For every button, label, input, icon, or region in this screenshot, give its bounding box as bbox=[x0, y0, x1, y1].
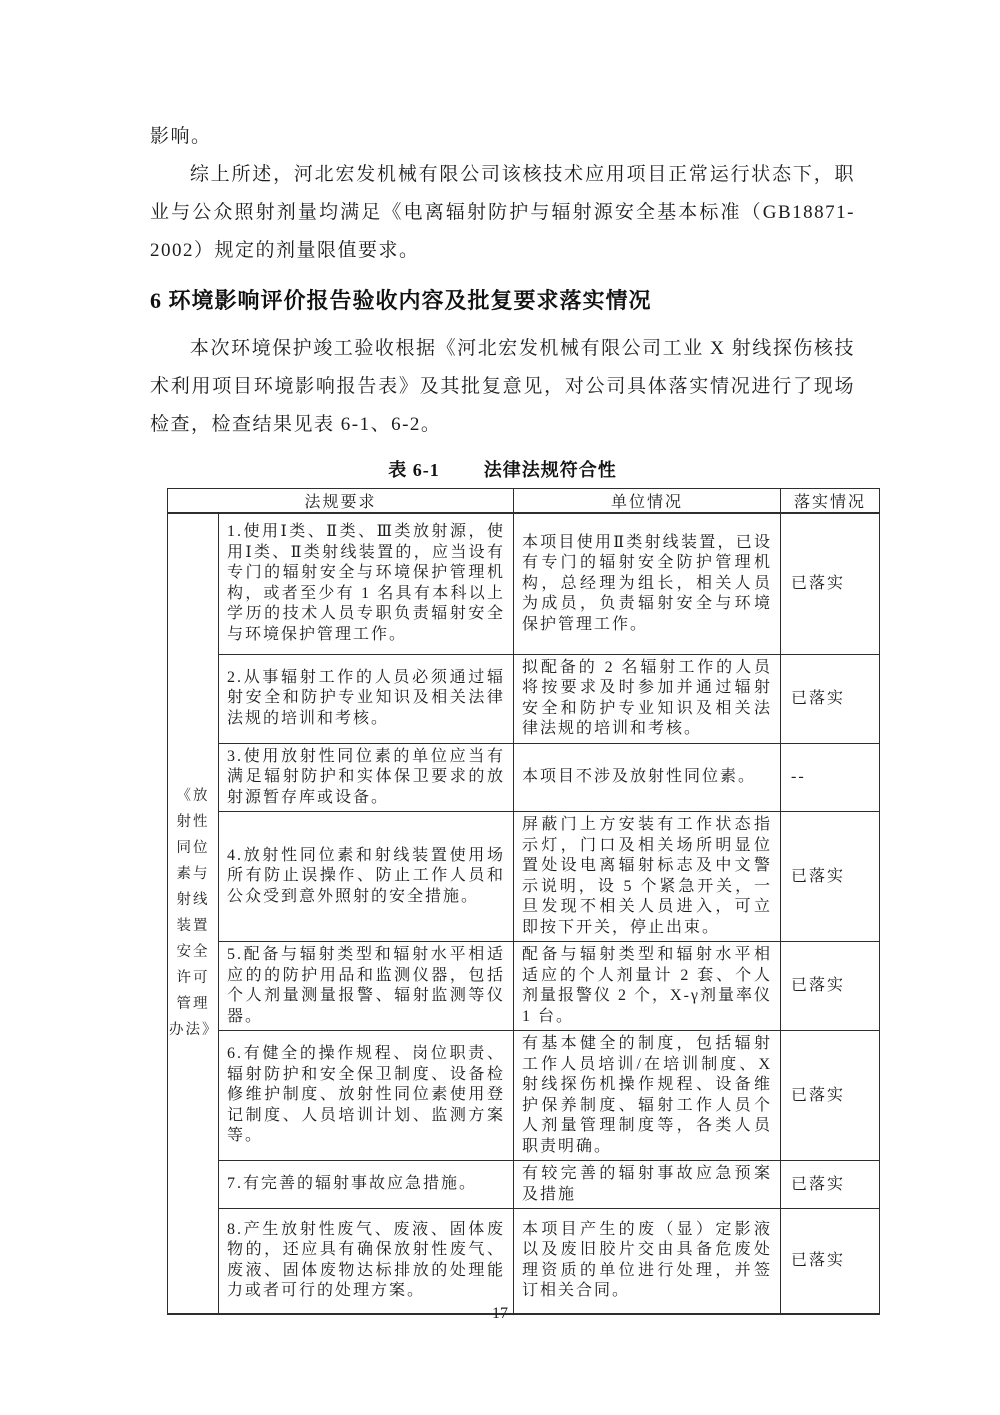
status-cell: 已落实 bbox=[781, 942, 880, 1031]
paragraph-continuation: 影响。 bbox=[150, 118, 855, 156]
table-number: 表 6-1 bbox=[388, 460, 440, 480]
compliance-table: 法规要求 单位情况 落实情况 《放射性 同位素与 射线装置 安全许可 管理办法》… bbox=[167, 488, 880, 1315]
unit-situation-cell: 本项目产生的废（显）定影液以及废旧胶片交由具备危废处理资质的单位进行处理，并签订… bbox=[514, 1209, 781, 1314]
regulation-group-cell: 《放射性 同位素与 射线装置 安全许可 管理办法》 bbox=[168, 513, 219, 1314]
requirement-cell: 6.有健全的操作规程、岗位职责、辐射防护和安全保卫制度、设备检修维护制度、放射性… bbox=[219, 1031, 514, 1161]
status-cell: 已落实 bbox=[781, 513, 880, 654]
unit-situation-cell: 配备与辐射类型和辐射水平相适应的个人剂量计 2 套、个人剂量报警仪 2 个，X-… bbox=[514, 942, 781, 1031]
column-header-status: 落实情况 bbox=[781, 489, 880, 514]
status-cell: 已落实 bbox=[781, 1031, 880, 1161]
requirement-cell: 2.从事辐射工作的人员必须通过辐射安全和防护专业知识及相关法律法规的培训和考核。 bbox=[219, 654, 514, 743]
unit-situation-cell: 本项目使用Ⅱ类射线装置，已设有专门的辐射安全防护管理机构，总经理为组长，相关人员… bbox=[514, 513, 781, 654]
requirement-cell: 4.放射性同位素和射线装置使用场所有防止误操作、防止工作人员和公众受到意外照射的… bbox=[219, 812, 514, 942]
section-heading: 6 环境影响评价报告验收内容及批复要求落实情况 bbox=[150, 286, 855, 316]
paragraph-summary: 综上所述，河北宏发机械有限公司该核技术应用项目正常运行状态下，职业与公众照射剂量… bbox=[150, 156, 855, 270]
table-row: 2.从事辐射工作的人员必须通过辐射安全和防护专业知识及相关法律法规的培训和考核。… bbox=[168, 654, 880, 743]
table-row: 5.配备与辐射类型和辐射水平相适应的的防护用品和监测仪器，包括个人剂量测量报警、… bbox=[168, 942, 880, 1031]
status-cell: 已落实 bbox=[781, 1209, 880, 1314]
requirement-cell: 5.配备与辐射类型和辐射水平相适应的的防护用品和监测仪器，包括个人剂量测量报警、… bbox=[219, 942, 514, 1031]
table-title-text: 法律法规符合性 bbox=[484, 460, 617, 480]
page-number: 17 bbox=[0, 1305, 1000, 1323]
column-header-unit: 单位情况 bbox=[514, 489, 781, 514]
status-cell: 已落实 bbox=[781, 1161, 880, 1209]
table-row: 6.有健全的操作规程、岗位职责、辐射防护和安全保卫制度、设备检修维护制度、放射性… bbox=[168, 1031, 880, 1161]
table-row: 7.有完善的辐射事故应急措施。 有较完善的辐射事故应急预案及措施 已落实 bbox=[168, 1161, 880, 1209]
unit-situation-cell: 屏蔽门上方安装有工作状态指示灯，门口及相关场所明显位置处设电离辐射标志及中文警示… bbox=[514, 812, 781, 942]
unit-situation-cell: 有基本健全的制度，包括辐射工作人员培训/在培训制度、X 射线探伤机操作规程、设备… bbox=[514, 1031, 781, 1161]
requirement-cell: 1.使用Ⅰ类、Ⅱ类、Ⅲ类放射源，使用Ⅰ类、Ⅱ类射线装置的，应当设有专门的辐射安全… bbox=[219, 513, 514, 654]
status-cell: 已落实 bbox=[781, 654, 880, 743]
table-row: 3.使用放射性同位素的单位应当有满足辐射防护和实体保卫要求的放射源暂存库或设备。… bbox=[168, 743, 880, 812]
table-header-row: 法规要求 单位情况 落实情况 bbox=[168, 489, 880, 514]
requirement-cell: 8.产生放射性废气、废液、固体废物的，还应具有确保放射性废气、废液、固体废物达标… bbox=[219, 1209, 514, 1314]
table-row: 8.产生放射性废气、废液、固体废物的，还应具有确保放射性废气、废液、固体废物达标… bbox=[168, 1209, 880, 1314]
table-row: 4.放射性同位素和射线装置使用场所有防止误操作、防止工作人员和公众受到意外照射的… bbox=[168, 812, 880, 942]
status-cell: -- bbox=[781, 743, 880, 812]
document-page: 影响。 综上所述，河北宏发机械有限公司该核技术应用项目正常运行状态下，职业与公众… bbox=[0, 0, 1000, 1315]
paragraph-intro: 本次环境保护竣工验收根据《河北宏发机械有限公司工业 X 射线探伤核技术利用项目环… bbox=[150, 330, 855, 444]
unit-situation-cell: 拟配备的 2 名辐射工作的人员将按要求及时参加并通过辐射安全和防护专业知识及相关… bbox=[514, 654, 781, 743]
requirement-cell: 3.使用放射性同位素的单位应当有满足辐射防护和实体保卫要求的放射源暂存库或设备。 bbox=[219, 743, 514, 812]
unit-situation-cell: 本项目不涉及放射性同位素。 bbox=[514, 743, 781, 812]
column-header-requirement: 法规要求 bbox=[168, 489, 514, 514]
table-row: 《放射性 同位素与 射线装置 安全许可 管理办法》 1.使用Ⅰ类、Ⅱ类、Ⅲ类放射… bbox=[168, 513, 880, 654]
unit-situation-cell: 有较完善的辐射事故应急预案及措施 bbox=[514, 1161, 781, 1209]
table-title: 表 6-1法律法规符合性 bbox=[150, 456, 855, 482]
requirement-cell: 7.有完善的辐射事故应急措施。 bbox=[219, 1161, 514, 1209]
status-cell: 已落实 bbox=[781, 812, 880, 942]
